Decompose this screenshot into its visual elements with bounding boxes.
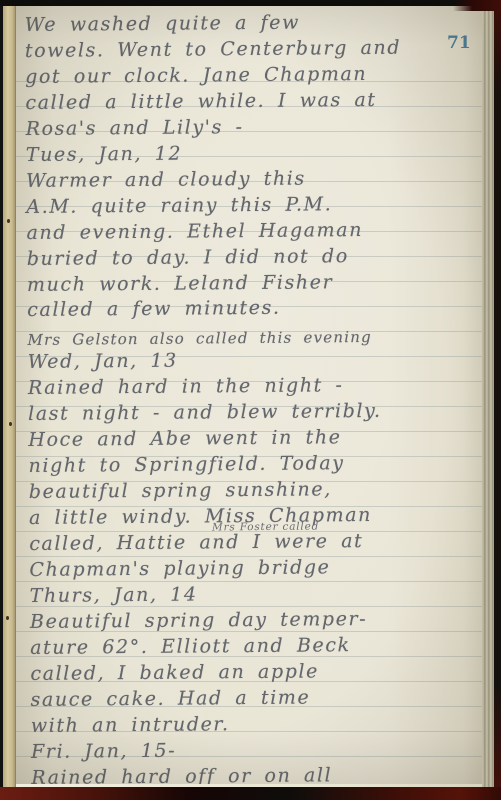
- handwriting-line: beautiful spring sunshine,: [29, 476, 332, 505]
- handwriting-line: last night - and blew terribly.: [28, 398, 382, 427]
- handwriting-lines: We washed quite a fewtowels. Went to Cen…: [23, 8, 480, 787]
- handwriting-line: called a few minutes.: [27, 295, 281, 323]
- handwriting-line: Wed, Jan, 13: [28, 348, 178, 375]
- handwriting-line: Beautiful spring day temper-: [30, 606, 367, 635]
- handwriting-line: got our clock. Jane Chapman: [25, 61, 367, 90]
- handwriting-line: Rosa's and Lily's -: [26, 114, 244, 142]
- book-cover-bottom: [0, 787, 501, 800]
- handwriting-line: sauce cake. Had a time: [31, 684, 311, 712]
- left-page-edge: [3, 4, 16, 794]
- handwriting-line: with an intruder.: [31, 711, 230, 739]
- handwriting-line: Rained hard in the night -: [28, 372, 344, 401]
- handwriting-line: Thurs, Jan, 14: [30, 581, 198, 608]
- handwriting-line: ature 62°. Elliott and Beck: [30, 632, 351, 661]
- handwriting-line: Tues, Jan, 12: [26, 140, 182, 167]
- handwriting-line: We washed quite a few: [25, 10, 300, 38]
- diary-page: 71 We washed quite a fewtowels. Went to …: [16, 6, 482, 787]
- book-cover-right: [494, 0, 501, 800]
- book-cover-top: [0, 0, 501, 6]
- handwriting-line: night to Springfield. Today: [28, 450, 344, 479]
- handwriting-line: A.M. quite rainy this P.M.: [26, 191, 332, 220]
- handwriting-line: much work. Leland Fisher: [27, 269, 333, 298]
- handwriting-line: buried to day. I did not do: [27, 243, 349, 272]
- paper-speck: [9, 422, 12, 426]
- handwriting-line: a little windy. Miss Chapman: [29, 502, 372, 531]
- handwriting-line: and evening. Ethel Hagaman: [26, 217, 363, 246]
- handwriting-line: Warmer and cloudy this: [26, 165, 306, 193]
- book-cover-top-right: [453, 0, 501, 11]
- right-page-edges: [482, 8, 494, 788]
- handwriting-line: called, I baked an apple: [30, 658, 319, 687]
- handwriting-line: called a little while. I was at: [25, 87, 376, 116]
- handwriting-line: Fri. Jan, 15-: [31, 737, 176, 764]
- diary-photo: { "diary": { "page_number": "71", "inser…: [0, 0, 501, 800]
- paper-speck: [6, 616, 9, 620]
- handwriting-line: Hoce and Abe went in the: [28, 424, 341, 453]
- inserted-note: Mrs Foster called: [212, 521, 319, 534]
- handwriting-line: towels. Went to Centerburg and: [25, 35, 401, 64]
- paper-speck: [7, 219, 10, 223]
- handwriting-line: Chapman's playing bridge: [29, 554, 330, 583]
